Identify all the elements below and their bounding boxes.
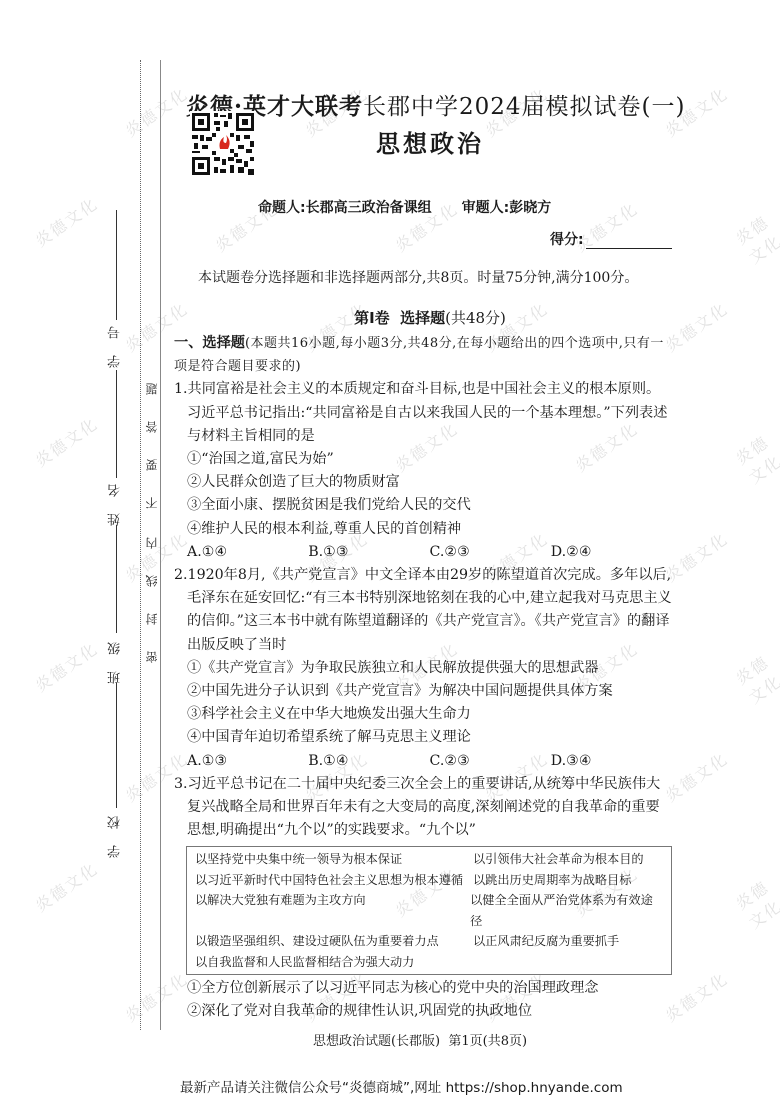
part-title-main: 第Ⅰ卷 选择题 (354, 309, 445, 327)
watermark: 炎德文化 (30, 191, 102, 251)
school-label: 学 校 (106, 810, 125, 858)
watermark: 炎德文化 (30, 636, 102, 696)
question-2: 2.1920年8月,《共产党宣言》中文全译本由29岁的陈望道首次完成。多年以后,… (174, 564, 672, 773)
box-cell: 以习近平新时代中国特色社会主义思想为根本遵循 (195, 870, 473, 890)
authors-line: 命题人:长郡高三政治备课组审题人:彭晓方 (258, 197, 551, 217)
option-c[interactable]: C.②③ (430, 541, 551, 564)
statement-item: ①全方位创新展示了以习近平同志为核心的党中央的治国理政理念 (174, 977, 672, 1000)
seal-char: 密 (143, 651, 160, 663)
watermark: 炎德文化 (30, 411, 102, 471)
seal-dotted-line (140, 60, 141, 1030)
question-setter: 命题人:长郡高三政治备课组 (258, 200, 432, 216)
box-row: 以解决大党独有难题为主攻方向以健全全面从严治党体系为有效途径 (195, 890, 663, 931)
question-number: 1. (174, 381, 188, 397)
exam-name: 长郡中学2024届模拟试卷(一) (363, 94, 685, 120)
option-a[interactable]: A.①④ (187, 541, 308, 564)
option-d[interactable]: D.②④ (551, 541, 672, 564)
box-row: 以自我监督和人民监督相结合为强大动力 (195, 952, 663, 972)
answer-options: A.①③ B.①④ C.②③ D.③④ (174, 750, 672, 773)
question-stem: 1.共同富裕是社会主义的本质规定和奋斗目标,也是中国社会主义的根本原则。习近平总… (174, 378, 672, 448)
option-c[interactable]: C.②③ (430, 750, 551, 773)
question-stem: 3.习近平总书记在二十届中央纪委三次全会上的重要讲话,从统筹中华民族伟大复兴战略… (174, 773, 672, 843)
watermark: 炎德文化 (30, 856, 102, 916)
seal-char: 线 (143, 575, 160, 587)
box-cell: 以坚持党中央集中统一领导为根本保证 (195, 849, 473, 869)
statement-item: ④维护人民的根本利益,尊重人民的首创精神 (174, 518, 672, 541)
statement-item: ①“治国之道,富民为始” (174, 448, 672, 471)
question-stem: 2.1920年8月,《共产党宣言》中文全译本由29岁的陈望道首次完成。多年以后,… (174, 564, 672, 657)
student-id-field[interactable] (116, 210, 117, 320)
exam-title: 炎德·英才大联考长郡中学2024届模拟试卷(一) (186, 88, 686, 121)
part-title-points: (共48分) (445, 309, 506, 327)
section-instructions: (本题共16小题,每小题3分,共48分,在每小题给出的四个选项中,只有一项是符合… (174, 336, 664, 374)
seal-char: 内 (143, 537, 160, 549)
statement-item: ③全面小康、摆脱贫困是我们党给人民的交代 (174, 494, 672, 517)
question-reviewer: 审题人:彭晓方 (462, 200, 552, 216)
option-a[interactable]: A.①③ (187, 750, 308, 773)
name-label: 姓 名 (106, 478, 125, 526)
part-title: 第Ⅰ卷 选择题(共48分) (0, 307, 780, 328)
seal-char: 题 (143, 383, 160, 395)
statement-item: ①《共产党宣言》为争取民族独立和人民解放提供强大的思想武器 (174, 657, 672, 680)
box-cell: 以正风肃纪反腐为重要抓手 (473, 931, 619, 951)
class-field[interactable] (116, 525, 117, 633)
option-b[interactable]: B.①③ (308, 541, 429, 564)
question-text: 共同富裕是社会主义的本质规定和奋斗目标,也是中国社会主义的根本原则。习近平总书记… (187, 381, 667, 443)
option-b[interactable]: B.①④ (308, 750, 429, 773)
score-box: 得分: (550, 229, 672, 249)
statement-item: ②中国先进分子认识到《共产党宣言》为解决中国问题提供具体方案 (174, 680, 672, 703)
question-content: 一、选择题(本题共16小题,每小题3分,共48分,在每小题给出的四个选项中,只有… (174, 332, 672, 1023)
school-field[interactable] (116, 683, 117, 808)
class-label: 班 级 (106, 636, 125, 684)
margin-rule (160, 60, 161, 1030)
seal-char: 答 (143, 421, 160, 433)
name-field[interactable] (116, 370, 117, 478)
seal-char: 封 (143, 613, 160, 625)
question-1: 1.共同富裕是社会主义的本质规定和奋斗目标,也是中国社会主义的根本原则。习近平总… (174, 378, 672, 564)
box-row: 以习近平新时代中国特色社会主义思想为根本遵循以跳出历史周期率为战略目标 (195, 870, 663, 890)
box-row: 以锻造坚强组织、建设过硬队伍为重要着力点以正风肃纪反腐为重要抓手 (195, 931, 663, 951)
box-cell: 以引领伟大社会革命为根本目的 (473, 849, 644, 869)
subject-title: 思想政治 (0, 124, 780, 159)
answer-options: A.①④ B.①③ C.②③ D.②④ (174, 541, 672, 564)
question-3: 3.习近平总书记在二十届中央纪委三次全会上的重要讲话,从统筹中华民族伟大复兴战略… (174, 773, 672, 1023)
watermark: 炎德文化 (730, 873, 780, 934)
watermark: 炎德文化 (730, 428, 780, 489)
section-title: 一、选择题 (174, 335, 245, 351)
question-text: 习近平总书记在二十届中央纪委三次全会上的重要讲话,从统筹中华民族伟大复兴战略全局… (187, 776, 660, 838)
statement-item: ②人民群众创造了巨大的物质财富 (174, 471, 672, 494)
box-cell: 以跳出历史周期率为战略目标 (473, 870, 631, 890)
box-cell: 以解决大党独有难题为主攻方向 (195, 890, 470, 931)
box-cell: 以锻造坚强组织、建设过硬队伍为重要着力点 (195, 931, 473, 951)
statement-item: ②深化了党对自我革命的规律性认识,巩固党的执政地位 (174, 1000, 672, 1023)
exam-instructions: 本试题卷分选择题和非选择题两部分,共8页。时量75分钟,满分100分。 (198, 267, 638, 287)
section-heading: 一、选择题(本题共16小题,每小题3分,共48分,在每小题给出的四个选项中,只有… (174, 332, 672, 378)
box-cell: 以健全全面从严治党体系为有效途径 (470, 890, 663, 931)
seal-char: 要 (143, 459, 160, 471)
promo-banner: 最新产品请关注微信公众号“炎德商城”,网址 https://shop.hnyan… (180, 1076, 623, 1096)
question-number: 2. (174, 567, 188, 583)
statement-item: ④中国青年迫切希望系统了解马克思主义理论 (174, 726, 672, 749)
question-text: 1920年8月,《共产党宣言》中文全译本由29岁的陈望道首次完成。多年以后,毛泽… (187, 567, 672, 653)
watermark: 炎德文化 (730, 648, 780, 709)
box-row: 以坚持党中央集中统一领导为根本保证以引领伟大社会革命为根本目的 (195, 849, 663, 869)
seal-char: 不 (143, 497, 160, 509)
question-number: 3. (174, 776, 188, 792)
page-footer: 思想政治试题(长郡版) 第1页(共8页) (0, 1030, 780, 1049)
watermark: 炎德文化 (730, 208, 780, 269)
nine-requirements-box: 以坚持党中央集中统一领导为根本保证以引领伟大社会革命为根本目的 以习近平新时代中… (186, 846, 672, 974)
option-d[interactable]: D.③④ (551, 750, 672, 773)
score-field[interactable] (586, 234, 672, 249)
score-label: 得分: (550, 232, 584, 248)
statement-item: ③科学社会主义在中华大地焕发出强大生命力 (174, 703, 672, 726)
box-cell: 以自我监督和人民监督相结合为强大动力 (195, 952, 473, 972)
